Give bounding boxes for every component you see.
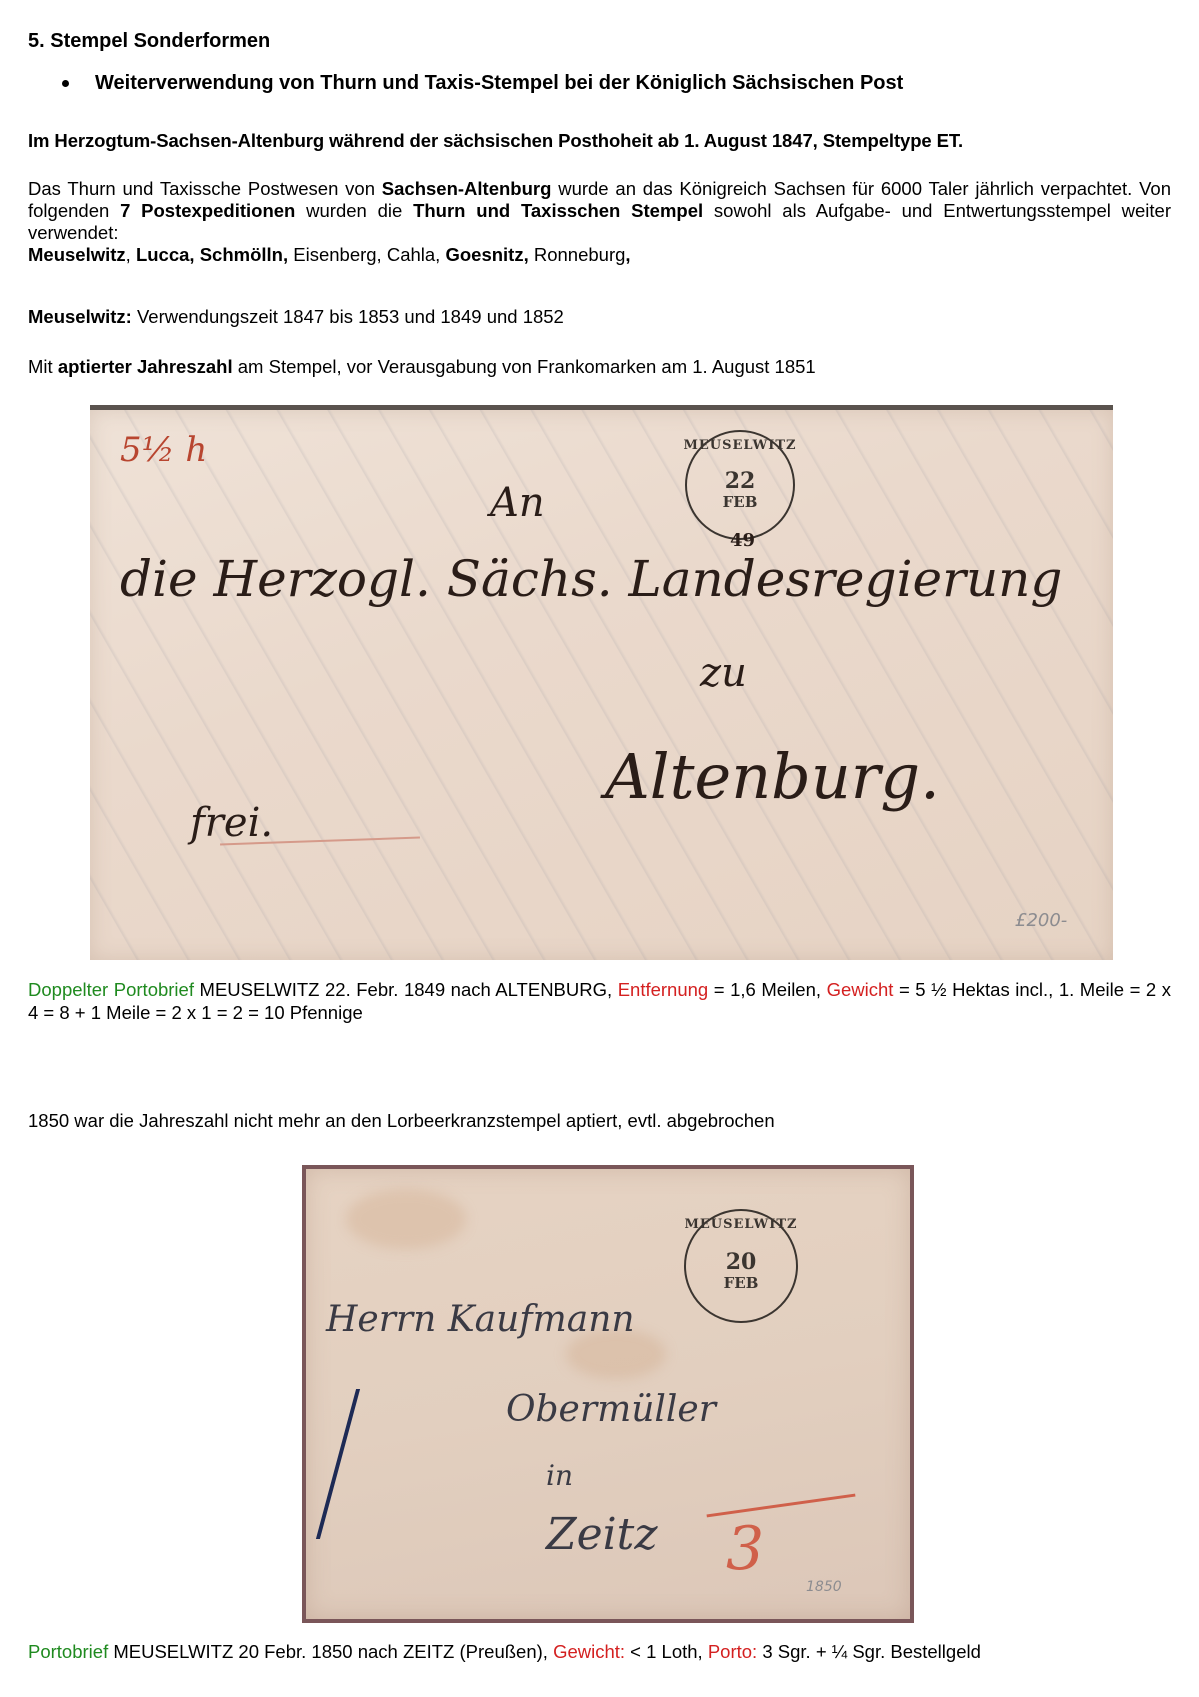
caption-1850: Portobrief MEUSELWITZ 20 Febr. 1850 nach… (28, 1640, 981, 1663)
year-note-bold: aptierter Jahreszahl (58, 356, 233, 377)
intro-paragraph: Das Thurn und Taxissche Postwesen von Sa… (28, 178, 1171, 244)
caption-text: = 1,6 Meilen, (708, 979, 826, 1000)
stamp-day: 22 (725, 469, 756, 493)
year-note-text: am Stempel, vor Verausgabung von Frankom… (233, 356, 816, 377)
year-note-text: Mit (28, 356, 58, 377)
bullet-item: Weiterverwendung von Thurn und Taxis-Ste… (62, 72, 903, 95)
caption-text: < 1 Loth, (625, 1641, 708, 1662)
stamp-year: 49 (730, 530, 755, 551)
stamp-town: MEUSELWITZ (683, 438, 796, 453)
town-cahla-goesnitz: Cahla, Goesnitz, (387, 244, 529, 265)
stamp-month: FEB (723, 493, 758, 511)
cancellation-stamp: MEUSELWITZ 22 FEB (685, 430, 795, 540)
address-recipient: die Herzogl. Sächs. Landesregierung (120, 550, 1062, 608)
town-list: Meuselwitz, Lucca, Schmölln, Eisenberg, … (28, 244, 631, 266)
address-recipient: Herrn Kaufmann (326, 1299, 635, 1340)
caption-text: 3 Sgr. + ¼ Sgr. Bestellgeld (757, 1641, 981, 1662)
caption-weight-label: Gewicht (827, 979, 894, 1000)
red-postage-mark: 5½ h (120, 430, 207, 470)
caption-text: MEUSELWITZ 22. Febr. 1849 nach ALTENBURG… (194, 979, 618, 1000)
letter-image-1850: MEUSELWITZ 20 FEB Herrn Kaufmann Obermül… (302, 1165, 914, 1623)
pencil-year: 1850 (806, 1579, 842, 1595)
intro-text: Das Thurn und Taxissche Postwesen von (28, 178, 382, 199)
frei-mark: frei. (190, 800, 273, 846)
address-in: in (546, 1459, 573, 1492)
caption-type-label: Doppelter Portobrief (28, 979, 194, 1000)
letter-image-1849: 5½ h MEUSELWITZ 22 FEB 49 An die Herzogl… (90, 405, 1113, 960)
usage-text: Verwendungszeit 1847 bis 1853 und 1849 u… (132, 306, 564, 327)
red-postage-mark: 3 (726, 1514, 764, 1584)
caption-text: MEUSELWITZ 20 Febr. 1850 nach ZEITZ (Pre… (108, 1641, 553, 1662)
blue-ink-mark (316, 1389, 400, 1539)
caption-1849: Doppelter Portobrief MEUSELWITZ 22. Febr… (28, 978, 1171, 1024)
separator: , (126, 244, 136, 265)
intro-bold-region: Sachsen-Altenburg (382, 178, 552, 199)
caption-porto-label: Porto: (708, 1641, 757, 1662)
year-note: Mit aptierter Jahreszahl am Stempel, vor… (28, 356, 816, 378)
cancellation-stamp: MEUSELWITZ 20 FEB (684, 1209, 798, 1323)
town-lucca-schmoelln: Lucca, Schmölln, (136, 244, 288, 265)
usage-label: Meuselwitz: (28, 306, 132, 327)
town-eisenberg: Eisenberg, (288, 244, 387, 265)
stamp-town: MEUSELWITZ (684, 1217, 797, 1232)
usage-period: Meuselwitz: Verwendungszeit 1847 bis 185… (28, 306, 564, 328)
pencil-price: £200- (1015, 910, 1067, 931)
intro-bold-count: 7 Postexpeditionen (120, 200, 295, 221)
town-ronneburg: Ronneburg (529, 244, 626, 265)
section-heading: 5. Stempel Sonderformen (28, 30, 270, 53)
address-an: An (490, 480, 545, 526)
bullet-dot-icon (62, 80, 69, 87)
caption-type-label: Portobrief (28, 1641, 108, 1662)
separator: , (625, 244, 630, 265)
caption-weight-label: Gewicht: (553, 1641, 625, 1662)
subheading: Im Herzogtum-Sachsen-Altenburg während d… (28, 130, 963, 152)
address-city: Altenburg. (605, 740, 940, 813)
foxing-stain (346, 1189, 466, 1249)
note-1850: 1850 war die Jahreszahl nicht mehr an de… (28, 1110, 775, 1132)
stamp-month: FEB (724, 1274, 759, 1292)
address-name: Obermüller (506, 1389, 716, 1430)
intro-bold-stamps: Thurn und Taxisschen Stempel (413, 200, 703, 221)
intro-text: wurden die (295, 200, 413, 221)
stamp-day: 20 (726, 1250, 757, 1274)
town-meuselwitz: Meuselwitz (28, 244, 126, 265)
bullet-text: Weiterverwendung von Thurn und Taxis-Ste… (95, 72, 903, 95)
caption-distance-label: Entfernung (618, 979, 709, 1000)
paper-texture (90, 410, 1113, 960)
address-zu: zu (700, 650, 747, 696)
address-city: Zeitz (546, 1509, 658, 1560)
